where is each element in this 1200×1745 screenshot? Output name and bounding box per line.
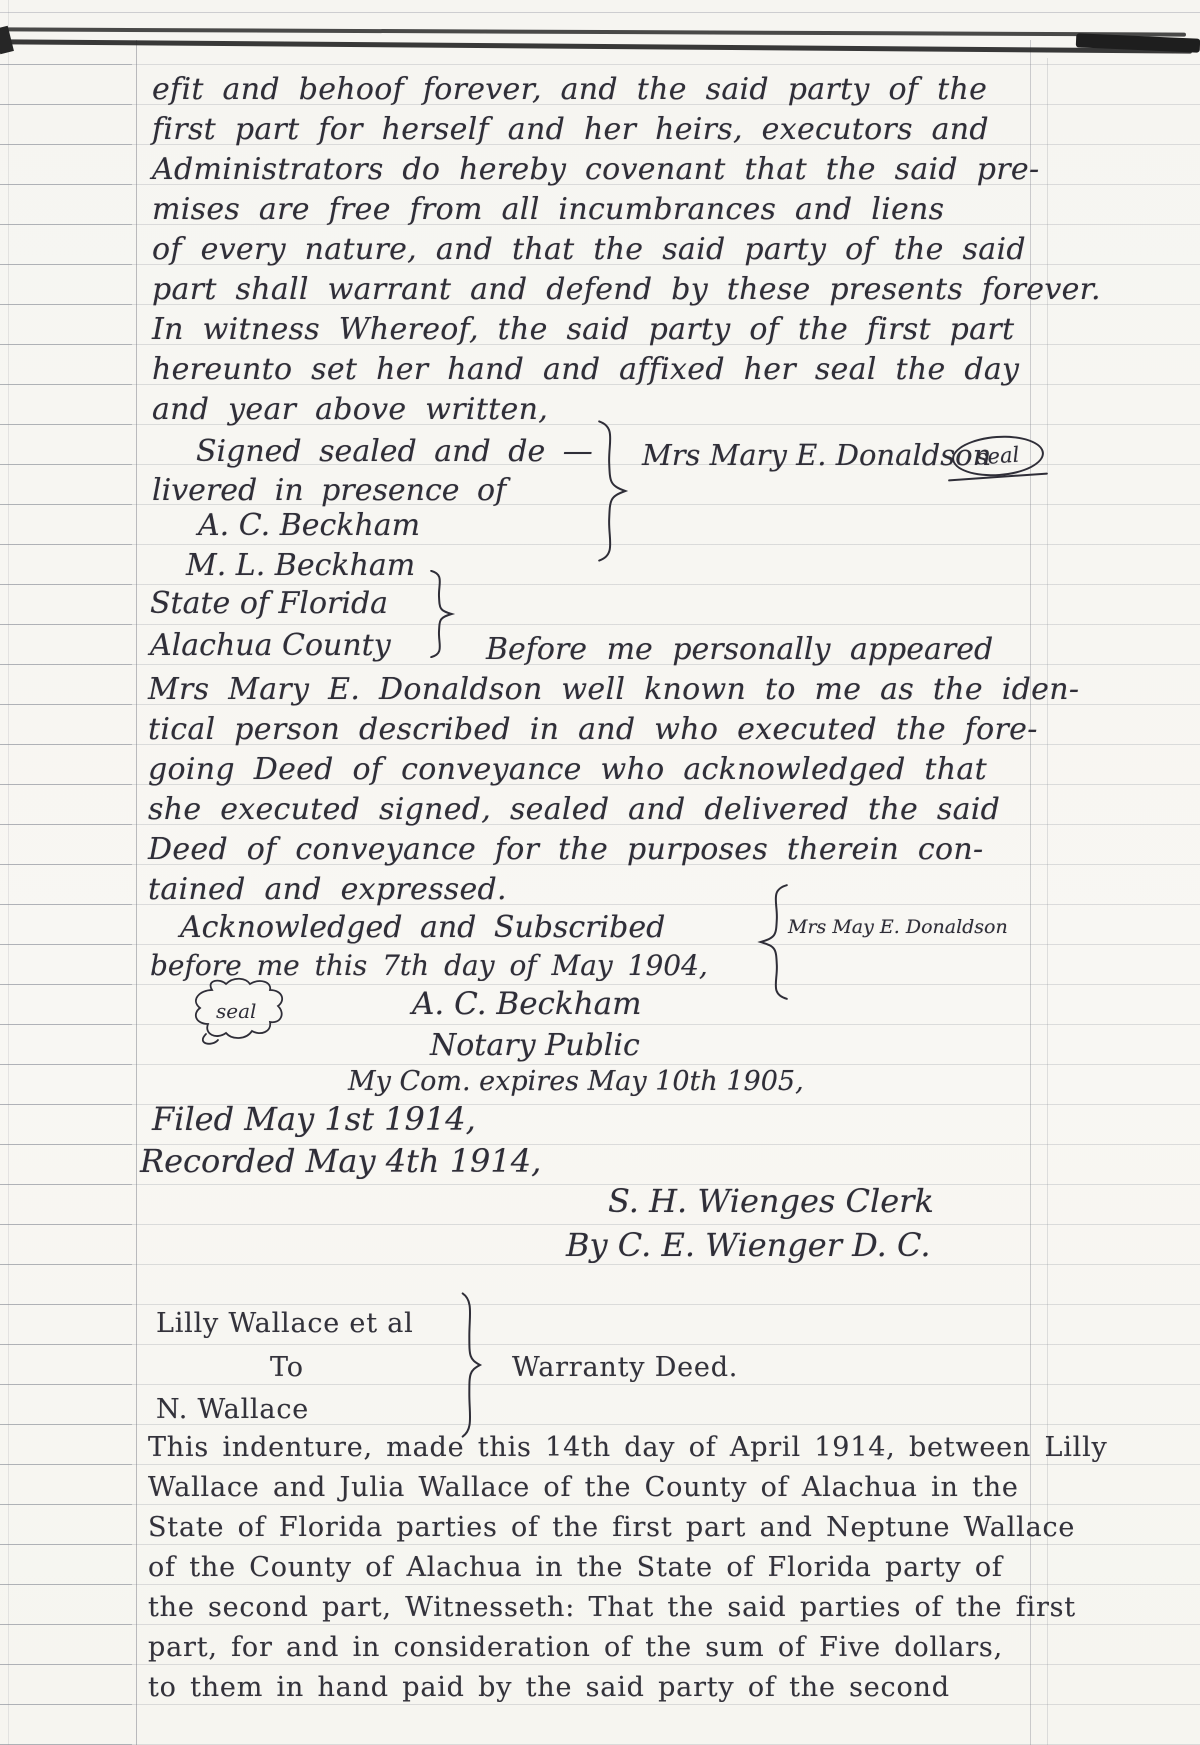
deed2-to-label: To: [270, 1352, 304, 1383]
deputy-clerk-signature: By C. E. Wienger D. C.: [566, 1226, 931, 1264]
deed2-body-text: This indenture, made this 14th day of Ap…: [148, 1428, 1108, 1708]
top-faint-rule: [0, 12, 1200, 13]
notary-title: Notary Public: [430, 1028, 640, 1063]
margin-signature: Mrs May E. Donaldson: [788, 916, 1008, 938]
deed2-document-type: Warranty Deed.: [512, 1352, 738, 1383]
header-rule-lower: [6, 39, 1192, 53]
venue-state: State of Florida: [150, 586, 388, 621]
scan-artifact-top-left: [0, 26, 14, 55]
notary-seal-label: seal: [216, 999, 256, 1023]
page-edge-line: [8, 0, 9, 1745]
brace-mark: [452, 1292, 492, 1438]
witness-signature-2: M. L. Beckham: [186, 548, 415, 583]
margin-line-left: [136, 40, 137, 1745]
notary-body-text: Mrs Mary E. Donaldson well known to me a…: [148, 670, 1079, 910]
commission-expiry: My Com. expires May 10th 1905,: [348, 1066, 804, 1097]
scan-artifact-top-right: [1076, 33, 1200, 52]
notary-signature: A. C. Beckham: [412, 986, 642, 1022]
notary-appearance-intro: Before me personally appeared: [486, 632, 993, 667]
header-rule-upper: [6, 27, 1186, 36]
deed1-body-text: efit and behoof forever, and the said pa…: [152, 70, 1101, 430]
scanned-deed-record-page: efit and behoof forever, and the said pa…: [0, 0, 1200, 1745]
attestation-line2: livered in presence of: [152, 473, 506, 508]
ruled-lines-left-margin: [0, 64, 132, 1745]
clerk-signature: S. H. Wienges Clerk: [608, 1182, 934, 1220]
deed2-grantor: Lilly Wallace et al: [156, 1308, 414, 1339]
recorded-date: Recorded May 4th 1914,: [140, 1142, 541, 1180]
notary-seal-scribble: seal: [182, 976, 300, 1048]
deed2-grantee: N. Wallace: [156, 1394, 309, 1425]
witness-signature-1: A. C. Beckham: [198, 508, 420, 543]
seal-label: seal: [976, 443, 1020, 470]
acknowledgment-line1: Acknowledged and Subscribed: [180, 910, 665, 945]
grantor-signature: Mrs Mary E. Donaldson: [642, 438, 991, 472]
filed-date: Filed May 1st 1914,: [152, 1100, 476, 1138]
brace-mark: [424, 570, 460, 658]
attestation-line1: Signed sealed and de —: [196, 434, 593, 469]
venue-county: Alachua County: [150, 628, 391, 663]
brace-mark: [590, 420, 636, 562]
